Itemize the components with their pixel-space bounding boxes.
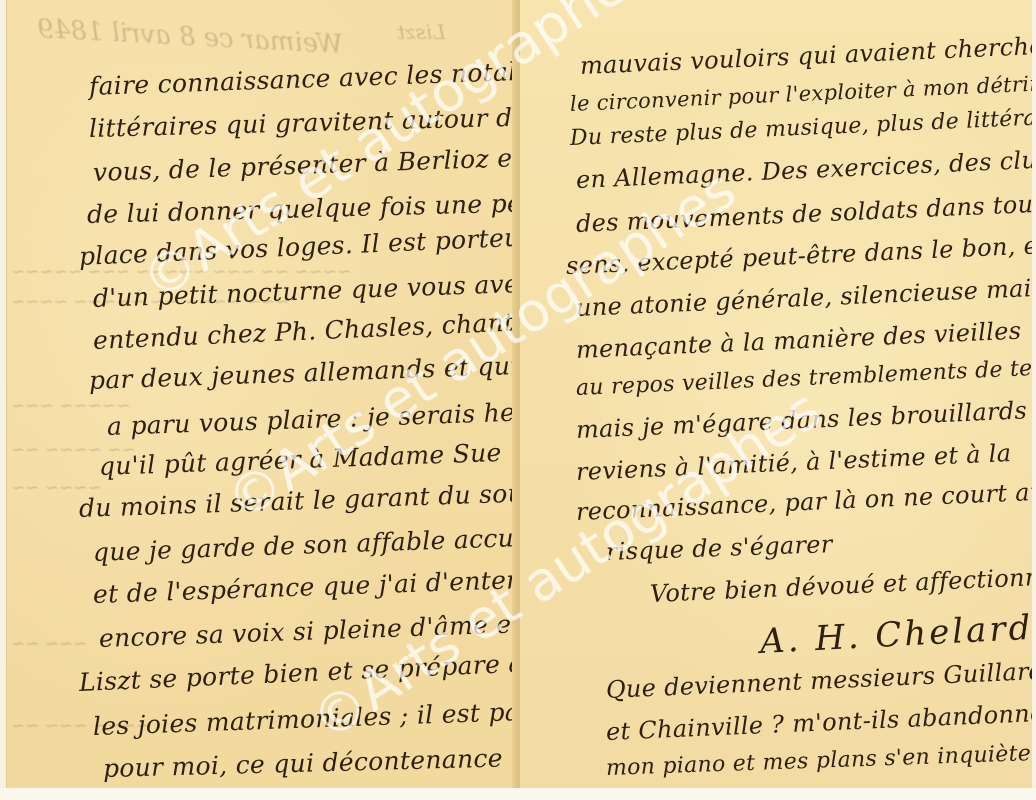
scan-bottom-edge	[0, 788, 1036, 800]
closing-line: Votre bien dévoué et affectionné	[649, 562, 1032, 608]
bleed-through-annotation: Liszt	[397, 20, 446, 44]
right-page: mauvais vouloirs qui avaient cherché à l…	[520, 0, 1032, 788]
signature: A. H. Chelard	[759, 608, 1032, 662]
handwritten-line: reviens à l'amitié, à l'estime et à la	[575, 439, 1012, 486]
handwritten-line: qu'il pût agréer à Madame Sue	[98, 438, 502, 481]
handwritten-line: du moins il serait le garant du souvenir	[78, 476, 519, 523]
bleed-through-line: ~~~ ~~	[11, 634, 88, 654]
handwritten-line: pour moi, ce qui décontenance quelques	[103, 740, 519, 783]
handwritten-line: littéraires qui gravitent autour de	[89, 103, 519, 143]
handwritten-line: par deux jeunes allemands et qui	[88, 351, 519, 395]
handwritten-line: mais je m'égare dans les brouillards et	[575, 395, 1032, 444]
handwritten-line: que je garde de son affable accueil	[92, 522, 519, 567]
handwritten-line: de lui donner quelque fois une petite	[87, 187, 519, 229]
handwritten-line: mauvais vouloirs qui avaient cherché à	[579, 31, 1032, 80]
handwritten-line: les joies matrimoniales ; il est parisie…	[92, 695, 519, 741]
handwritten-line: sens, excepté peut-être dans le bon, et	[565, 231, 1032, 280]
handwritten-line: risque de s'égarer	[606, 530, 833, 566]
handwritten-line: a paru vous plaire : je serais heureux	[106, 395, 519, 441]
handwritten-line: une atonie générale, silencieuse mais	[575, 274, 1032, 322]
postscript-line: mon piano et mes plans s'en inquiètent.	[606, 740, 1032, 781]
handwritten-line: en Allemagne. Des exercices, des clubs,	[575, 144, 1032, 194]
postscript-line: Que deviennent messieurs Guillard	[605, 657, 1032, 704]
handwritten-line: reconnaissance, par là on ne court aucun	[575, 476, 1032, 526]
handwritten-line: menaçante à la manière des vieilles	[575, 317, 1021, 364]
letter-spread: Weimar ce 8 avril 1849 Liszt ~~~~ ~~ ~~~…	[0, 0, 1036, 800]
handwritten-line: faire connaissance avec les notabilités	[88, 55, 519, 101]
handwritten-line: Liszt se porte bien et se prépare à tout…	[78, 645, 519, 697]
handwritten-line: et de l'espérance que j'ai d'entendre	[92, 563, 519, 609]
postscript-line: et Chainville ? m'ont-ils abandonné	[605, 699, 1032, 746]
bleed-through-dateline: Weimar ce 8 avril 1849	[36, 14, 343, 60]
handwritten-line: des mouvements de soldats dans tous les	[575, 188, 1032, 238]
handwritten-line: entendu chez Ph. Chasles, chanté	[92, 307, 519, 355]
left-page: Weimar ce 8 avril 1849 Liszt ~~~~ ~~ ~~~…	[6, 0, 519, 788]
handwritten-line: encore sa voix si pleine d'âme et de goû…	[98, 605, 519, 653]
handwritten-line: vous, de le présenter à Berlioz et	[92, 143, 519, 187]
